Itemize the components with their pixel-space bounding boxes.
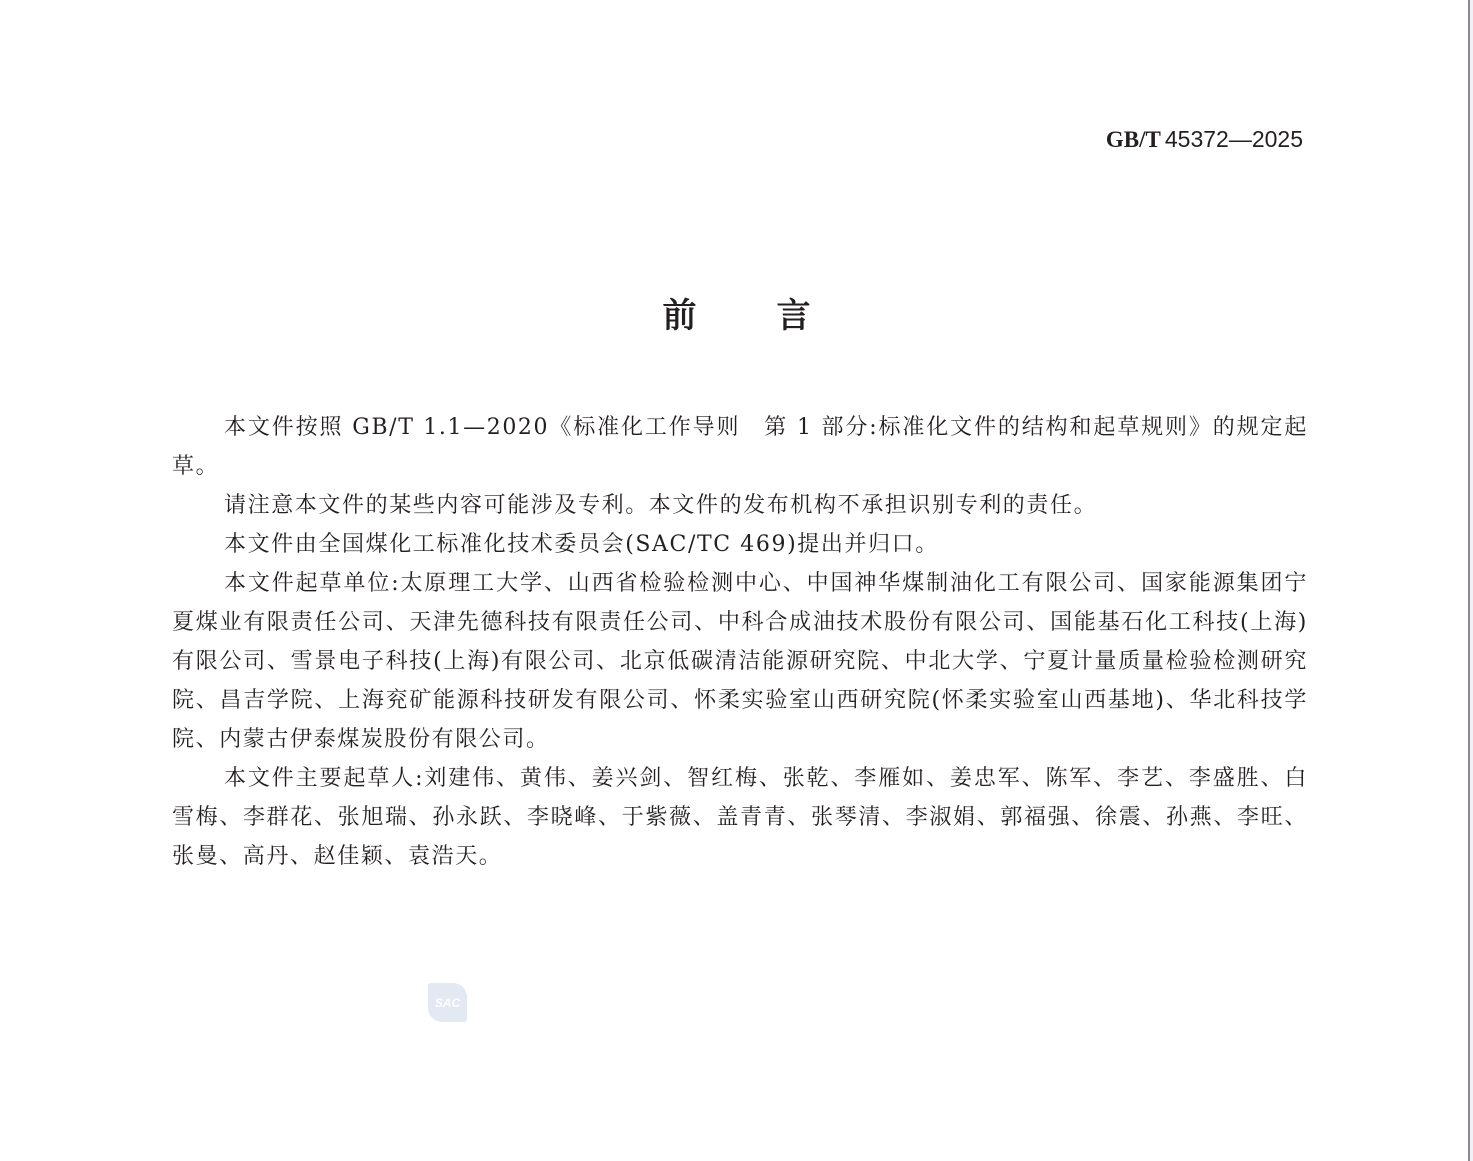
document-page: GB/T45372—2025 前言 本文件按照 GB/T 1.1—2020《标准… <box>0 0 1468 1161</box>
paragraph-drafting-rules: 本文件按照 GB/T 1.1—2020《标准化工作导则 第 1 部分:标准化文件… <box>172 408 1308 486</box>
paragraph-drafters: 本文件主要起草人:刘建伟、黄伟、姜兴剑、智红梅、张乾、李雁如、姜忠军、陈军、李艺… <box>172 759 1308 876</box>
paragraph-patent-notice: 请注意本文件的某些内容可能涉及专利。本文件的发布机构不承担识别专利的责任。 <box>172 486 1308 525</box>
title-char-1: 前 <box>663 296 697 336</box>
standard-prefix: GB/T <box>1106 127 1161 152</box>
foreword-body: 本文件按照 GB/T 1.1—2020《标准化工作导则 第 1 部分:标准化文件… <box>172 408 1308 876</box>
standard-number-header: GB/T45372—2025 <box>1106 124 1303 155</box>
page-title: 前言 <box>0 292 1473 340</box>
paragraph-proposer: 本文件由全国煤化工标准化技术委员会(SAC/TC 469)提出并归口。 <box>172 525 1308 564</box>
sac-logo-text: SAC <box>435 996 460 1010</box>
paragraph-drafting-units: 本文件起草单位:太原理工大学、山西省检验检测中心、中国神华煤制油化工有限公司、国… <box>172 564 1308 759</box>
title-char-2: 言 <box>777 296 811 336</box>
standard-code: 45372—2025 <box>1165 126 1303 152</box>
sac-logo-icon: SAC <box>428 983 467 1022</box>
